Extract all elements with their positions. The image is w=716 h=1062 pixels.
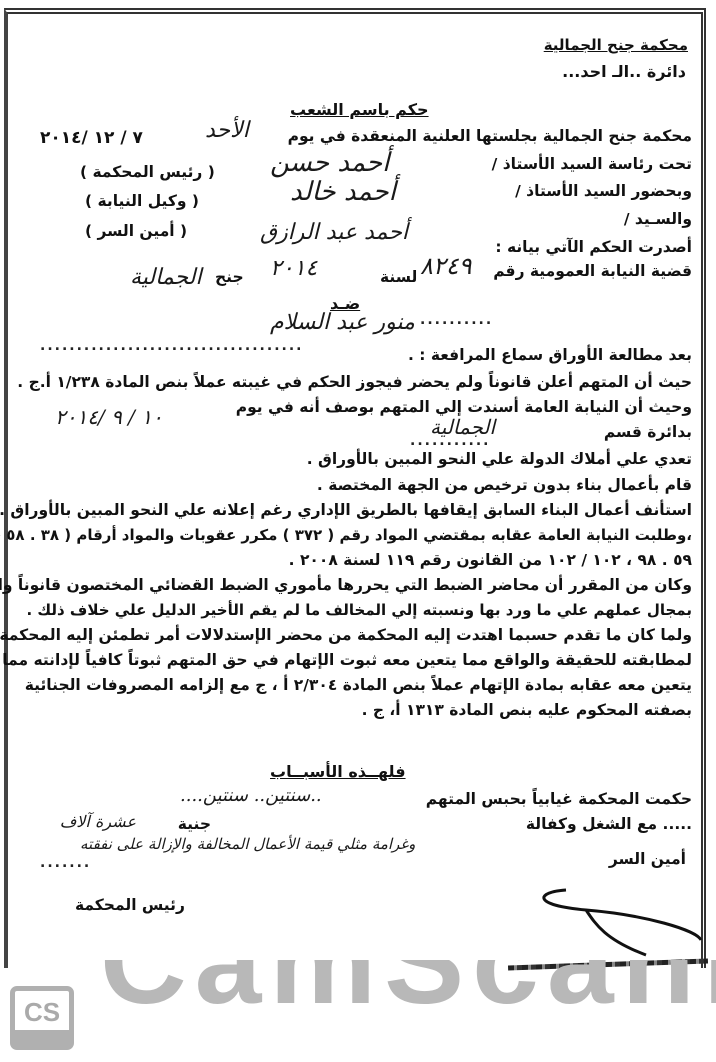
prosecutor-name: أحمد خالد bbox=[290, 177, 396, 207]
case-label: قضية النيابة العمومية رقم bbox=[493, 262, 692, 280]
misdemeanor-district: الجمالية bbox=[130, 265, 202, 290]
clerk-name: أحمد عبد الرازق bbox=[260, 220, 408, 245]
camscanner-watermark: CamScanner bbox=[100, 960, 716, 1022]
review-line: بعد مطالعة الأوراق سماع المرافعة : . bbox=[408, 346, 692, 364]
defendant-name: منور عبد السلام bbox=[270, 310, 415, 335]
body-line: لمطابقته للحقيقة والواقع مما يتعين معه ث… bbox=[2, 651, 692, 669]
bail-amount: عشرة آلاف bbox=[60, 812, 136, 831]
body-line: وكان من المقرر أن محاضر الضبط التي يحرره… bbox=[0, 576, 692, 594]
body-line: ٥٩ . ٩٨ ، ١٠٢ / ١٠٢ من القانون رقم ١١٩ ل… bbox=[289, 551, 692, 569]
body-line: بصفته المحكوم عليه بنص المادة ١٣١٣ أ، ج … bbox=[362, 701, 692, 719]
clerk-role: ( أمين السر ) bbox=[85, 222, 187, 240]
presided-label: تحت رئاسة السيد الأستاذ / bbox=[492, 155, 692, 173]
judge-signature-label: رئيس المحكمة bbox=[75, 896, 185, 914]
body-line: بمجال عملهم علي ما ورد بها ونسبته إلي ال… bbox=[26, 601, 692, 619]
court-name: محكمة جنح الجمالية bbox=[544, 36, 688, 54]
body-line: تعدي علي أملاك الدولة علي النحو المبين ب… bbox=[307, 450, 692, 468]
session-date: ٧ / ١٢ /٢٠١٤ bbox=[40, 128, 143, 148]
circuit-label: دائرة ..الـ احد... bbox=[562, 62, 686, 81]
presided-role: ( رئيس المحكمة ) bbox=[80, 163, 215, 181]
session-line: محكمة جنح الجمالية بجلستها العلنية المنع… bbox=[288, 127, 692, 145]
session-day: الأحد bbox=[205, 118, 249, 143]
currency-label: جنية bbox=[178, 815, 211, 833]
body-line: قام بأعمال بناء بدون ترخيص من الجهة المخ… bbox=[317, 476, 692, 494]
camscanner-logo-icon: CS bbox=[10, 986, 74, 1050]
fine-dots: ....... bbox=[40, 855, 91, 871]
prosecutor-role: ( وكيل النيابة ) bbox=[85, 192, 199, 210]
offense-date: ١٠ / ٩ /٢٠١٤ bbox=[55, 405, 163, 429]
signature-icon bbox=[526, 880, 706, 960]
prosecutor-label: وبحضور السيد الأستاذ / bbox=[515, 182, 692, 200]
district-dots: ........... bbox=[410, 433, 491, 449]
verdict-heading: فلهــذه الأسبــاب bbox=[270, 762, 406, 781]
case-number: ٨٢٤٩ bbox=[420, 252, 472, 280]
misdemeanor-label: جنح bbox=[215, 268, 244, 286]
body-line: حيث أن المتهم أعلن قانوناً ولم يحضر فيجو… bbox=[17, 373, 692, 391]
case-year: ٢٠١٤ bbox=[270, 256, 317, 281]
fine-text: وغرامة مثلي قيمة الأعمال المخالفة والإزا… bbox=[80, 835, 415, 853]
year-label: لسنة bbox=[380, 268, 417, 286]
body-line: ،وطلبت النيابة العامة عقابه بمقتضي الموا… bbox=[0, 526, 692, 544]
verdict-line: حكمت المحكمة غيابياً بحبس المتهم bbox=[426, 790, 692, 808]
body-line: يتعين معه عقابه بمادة الإتهام عملاً بنص … bbox=[25, 676, 692, 694]
body-line: ولما كان ما تقدم حسبما اهتدت إليه المحكم… bbox=[0, 626, 692, 644]
presided-name: أحمد حسن bbox=[270, 148, 389, 178]
clerk-signature-label: أمين السر bbox=[609, 850, 686, 868]
judgment-title: حكم باسم الشعب bbox=[290, 100, 429, 119]
defendant-dots: .......... bbox=[420, 312, 493, 328]
clerk-label: والسـيد / bbox=[624, 210, 692, 228]
body-line: بدائرة قسم bbox=[604, 423, 692, 441]
body-line: وحيث أن النيابة العامة أسندت إلي المتهم … bbox=[236, 398, 692, 416]
issued-label: أصدرت الحكم الآتي بيانه : bbox=[495, 238, 692, 256]
verdict-bail-suffix: ..... مع الشغل وكفالة bbox=[526, 815, 692, 833]
verdict-duration: ..سنتين.. سنتين.... bbox=[180, 785, 322, 806]
body-line: استأنف أعمال البناء السابق إيقافها بالطر… bbox=[0, 501, 692, 519]
review-dots: .................................... bbox=[40, 338, 303, 354]
